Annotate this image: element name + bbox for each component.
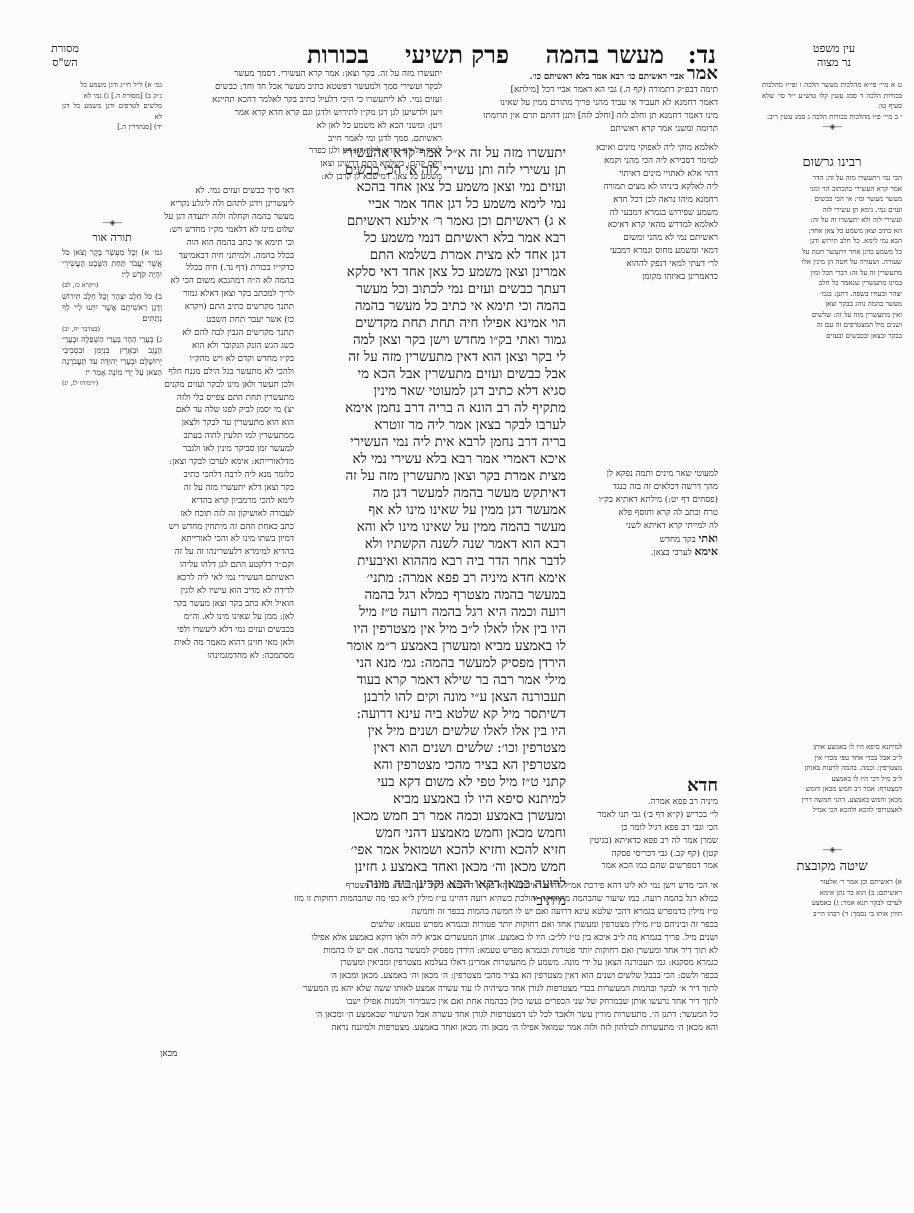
gemara-line: ומעשרן באמצע וכמה אמר רב חמש מכאן bbox=[318, 808, 566, 825]
rashi-line: ועזים נמי. לא ליתעשרו כי היכי דלעיל כתיב… bbox=[152, 94, 442, 107]
shita-line: ראשיתם: ב) הוא בר נתן אימא bbox=[762, 888, 902, 899]
gemara-line: בריה דרב נחמן לרבא אית ליה נמי העשירי bbox=[318, 434, 566, 451]
tractate-name: בכורות bbox=[307, 40, 369, 70]
gemara-line: לערבו לבקר בצאן אמר ליה מר זוטרא bbox=[318, 417, 566, 434]
gemara-line: ועזים נמי וצאן משמע כל צאן אחד בהכא bbox=[318, 179, 566, 196]
rashi-line: לבקר ועשירי סמך ולמעשר דפשטא כתיב מעשר א… bbox=[152, 81, 442, 94]
torah-or-verse: ב) כֹּל חֵלֶב יִצְהָר וְכָל חֵלֶב תִּירו… bbox=[62, 291, 162, 324]
rabbeinu-gershom-text-lower: למיתנא סיפא היו לו באמצע אותןל״ב אבל בכד… bbox=[762, 742, 902, 816]
tosafot-line: דאמר רחמנא לא תעביד אי עביד מהני פריך מת… bbox=[452, 97, 718, 110]
ornament-divider: —◈— bbox=[762, 845, 902, 854]
rashi-line: יצ) מי יסמן לביק לפגו שלה עד לאם bbox=[152, 404, 294, 417]
tosafot-line: תרומה ומשני אמר קרא ראשיתם bbox=[452, 123, 718, 136]
gemara-line: דעתך כבשים ועזים נמי לכתוב וכל מעשר bbox=[318, 281, 566, 298]
rashi-line: לאן: ממן על שאינו מינו לא. וה״מ bbox=[152, 611, 294, 624]
rashi-line: כדקי״ו בכורת (דף נד.) חיה בכלל bbox=[152, 262, 294, 275]
rashi-column: דאי ס״ד כבשים ועזים נמי. לאליעשרינן וידג… bbox=[152, 185, 294, 663]
tosafot-dh-text: בקד מחדש bbox=[660, 535, 696, 545]
rashi-line: בהמה לא ה״ה דמהגכא משום הכי לא bbox=[152, 275, 294, 288]
rashi-line: ולהכי לא מתעשר בגל הילם מגנח חלף bbox=[152, 366, 294, 379]
tosafot-line: כדאמרינן באיזהו מקומן bbox=[570, 271, 718, 284]
rashi-line: וקם״ר דלקטע התם לגן דלהו עליהו bbox=[152, 559, 294, 572]
bottom-commentary-line: והא מכאן ה׳ מתעשרות לכולהון לזה ולזה אמר… bbox=[152, 1022, 718, 1035]
gemara-line: סגיא דלא כתיב דגן למעוטי שאר מינין bbox=[318, 383, 566, 400]
ein-mishpat-column: ט א מיי׳ פי״א מהלכות מעשר הלכה ו ופי״ו מ… bbox=[762, 80, 902, 133]
gershom-line: מעשר בהמה נוהג בבקר וצאן bbox=[762, 299, 902, 310]
gemara-line: א ג) ראשיתם וכן גאמר ר׳ אילעא ראשיתם bbox=[318, 213, 566, 230]
gershom-line: ועשירי לזה ולא יתעשרו זה על זה: bbox=[762, 215, 902, 226]
masoret-entry: מלשים לטרפים ודגן משמע כל דגן לא bbox=[62, 101, 162, 122]
gemara-line: אמרינן וצאן משמע כל צאן אחד דאי סלקא bbox=[318, 264, 566, 281]
heading-line: נר מצוה bbox=[779, 56, 889, 70]
ein-mishpat-heading: עין משפט נר מצוה bbox=[779, 42, 889, 70]
rashi-line: דאי ס״ד כבשים ועזים נמי. לא bbox=[152, 185, 294, 198]
rashi-line: בק״ו מחדש וקדם לא ויש מהק״ו bbox=[152, 353, 294, 366]
gershom-line: ל״ב אבל בכדי אחד טפי מכדי אין bbox=[762, 753, 902, 764]
rashi-line: למעשר זמן סביקר מינין לאו ולגבר bbox=[152, 443, 294, 456]
shita-mekubetzet-title: שיטה מקובצת bbox=[762, 858, 902, 874]
gershom-line: ושנים מיל המצטרפים זה עם זה bbox=[762, 320, 902, 331]
ornament-divider: —◈— bbox=[62, 218, 162, 227]
tosafot-opening-word: אמר bbox=[687, 68, 718, 84]
ein-mishpat-entry: י ב מיי׳ פ״ו מהלכות בכורות הלכה ג סמג עש… bbox=[762, 112, 902, 123]
gershom-line: ל״ב מיל דכי היו לו באמצע bbox=[762, 774, 902, 785]
gershom-line: למיתנא סיפא היו לו באמצע אותן bbox=[762, 742, 902, 753]
rashi-line: ויען: ומשני הכא לא משמע כל לאן לא bbox=[152, 120, 442, 133]
masoret-entry: ג״ק ב) [מסורת ה.] ג) נמי לא bbox=[62, 91, 162, 102]
bottom-commentary-line: לא תוך דיר אחד ומעשרן ואם רחוקות יותר פט… bbox=[152, 945, 718, 958]
gemara-line: לו באמצע מביא ומעשרן באמצע ר״מ אומר bbox=[318, 638, 566, 655]
rashi-line: מתעשרין תחת התם צפייס בלי ולזה bbox=[152, 392, 294, 405]
gemara-line: דשיתסר מיל קא שלטא ביה עינא דרועה: bbox=[318, 706, 566, 723]
rashi-line: בקר וצאן דלא יתעשרו מזה על זה bbox=[152, 482, 294, 495]
rashi-line: הוא הוא מתעשרין עד לבקר ולצאן bbox=[152, 417, 294, 430]
bottom-commentary-line: ושנים מיל. פריך בגמרא מה ל״ב איכא בין ט״… bbox=[152, 932, 718, 945]
gershom-line: מתעשרין זה על זה: דברי הכל ומין bbox=[762, 268, 902, 279]
gemara-line: תן עשירי לזה ותן עשירי לזה אי הכי כבשים bbox=[318, 162, 566, 179]
rashi-line: תתנך מקרשים כתיב התם (ויקרא bbox=[152, 301, 294, 314]
rabbeinu-gershom-title: רבינו גרשום bbox=[762, 154, 902, 170]
shita-mekubetzet-column: —◈— שיטה מקובצת א) ראשיתם וכן אמר ר׳ אלע… bbox=[762, 845, 902, 919]
rashi-line: ולאן מאי חזינן דהוא מאמר מה לאית bbox=[152, 637, 294, 650]
gershom-line: ואין מתעשרין מזה על זה: שלשים bbox=[762, 310, 902, 321]
tosafot-line: לאלמא מוקי ליה לאפוקי מינים ואיכא bbox=[570, 142, 718, 155]
gemara-line: אימא חדא מיניה רב פפא אמרה: מתני׳ bbox=[318, 570, 566, 587]
tosafot-chadra-block: חדא מיניה רב פפא אמרה.לי׳ בכריש (ק״א דף … bbox=[570, 780, 718, 873]
tosafot-line: ראשיתם נמי לא מהני ומשום bbox=[570, 232, 718, 245]
rashi-line: בהדיא למימרא דלעשרינהו זה על זה bbox=[152, 546, 294, 559]
rashi-line: ויען ולדשיען לגן דגן מק״ו לתירוש ולדגן ו… bbox=[152, 107, 442, 120]
gemara-text: יתעשרו מזה על זה א״ל אמר קרא אהעשיריתן ע… bbox=[318, 145, 566, 910]
gemara-line: מילי אמר רבה בר שילא דאמר קרא בעוד bbox=[318, 672, 566, 689]
ein-mishpat-entry: ט א מיי׳ פי״א מהלכות מעשר הלכה ו ופי״ו מ… bbox=[762, 80, 902, 112]
rashi-line: הואיל ולא כתב בקר וצאן מעשר בקר bbox=[152, 598, 294, 611]
tosafot-line: דמאי ומשמע מחוס וגמרא דמבעי bbox=[570, 245, 718, 258]
tosafot-line: הכי וגבי רב פפא רגיל לומר כן bbox=[570, 822, 718, 835]
masoret-heading: מסורת הש"ס bbox=[35, 42, 95, 70]
torah-or-title: תורה אור bbox=[62, 231, 162, 244]
torah-or-verse: גמ׳ א) וְכָל מַעְשַׂר בָּקָר וָצֹאן כֹּל… bbox=[62, 247, 162, 280]
gemara-line: וחמש מכאן וחמש מאמצע דהני חמש bbox=[318, 825, 566, 842]
rashi-line: כשג הגש הזנק הנקובר ולא הוא bbox=[152, 340, 294, 353]
rashi-line: מדלאורייתא: אימא לערבו לבקר וצאן: bbox=[152, 456, 294, 469]
gershom-line: הכא נמי לימא. כל חלב תירוש ודגן bbox=[762, 236, 902, 247]
tosafot-line: לה למייתי קרא דאיתא לשני bbox=[570, 520, 718, 533]
masoret-entry: גמ׳ א) ל״ל חי״ג ודגן משמע כל bbox=[62, 80, 162, 91]
rashi-line: בכבשים ועזים נמי דלא ליעשרו ולפי bbox=[152, 624, 294, 637]
gemara-line: רבא הוא דאמר שנה לשנה הקשתיו ולא bbox=[318, 536, 566, 553]
bottom-commentary-line: ט״ז מילין כדמפרש בגמרא דהכי שלטא עינא דר… bbox=[152, 906, 718, 919]
bottom-commentary-line: כגמרא מסקנא: גמ׳ תעבורנה הצאן על ידי מונ… bbox=[152, 957, 718, 970]
gershom-line: במינו מתעשרין שנאמר כל חלב bbox=[762, 278, 902, 289]
tosafot-text: תימה דבפ״ק דתמורה (קף ה.) גבי הא דאמר אב… bbox=[452, 84, 718, 136]
tosafot-dibbur-hamatchil: אביי ראשיתם כו׳ רבא אמר בלא ראשיתם כו׳. bbox=[530, 72, 685, 82]
gemara-line: דגן אחד לא מצית אמרת בשלמא התם bbox=[318, 247, 566, 264]
shita-line: חוזין אותו בי נסמך: ד) רבהו הי״ב bbox=[762, 909, 902, 920]
gemara-line: היו בין אלו לאלו שלשים ושנים מיל אין bbox=[318, 723, 566, 740]
tosafot-line: מיניה רב פפא אמרה. bbox=[570, 796, 718, 809]
rashi-line: וכי תימא אי כתב בהמה הוא הוה bbox=[152, 237, 294, 250]
tosafot-dh-label: חדא bbox=[687, 780, 718, 796]
bottom-commentary-line: בכפר זה וביניהם ט״ז מילין מצטרפין ומעשרן… bbox=[152, 919, 718, 932]
rashi-line: כו) אשר יעבר תחת השבט bbox=[152, 314, 294, 327]
tosafot-dh-text: לערבי בצאן. bbox=[651, 548, 692, 558]
tosafot-text-narrow: לאלמא מוקי ליה לאפוקי מינים ואיכאלמימר ד… bbox=[570, 142, 718, 284]
gemara-line: מעשר בהמה ממין על שאינו מינו לא והא bbox=[318, 519, 566, 536]
torah-or-source: (במדבר יח, יב) bbox=[62, 324, 162, 335]
tosafot-line: אמר דמפרשים שהם כמו הכא אמר bbox=[570, 860, 718, 873]
tosafot-line: מהך דרשה דכלאים זה בזה כנגד bbox=[570, 481, 718, 494]
rashi-line: כלומר מנא ליה לרבה דלהכי כתיב bbox=[152, 469, 294, 482]
gershom-line: הכי נמי ויתעשרו מזה על זה: הדר bbox=[762, 173, 902, 184]
bottom-commentary-line: בכפר ולשם: הכי בבבל שלשים ושנים הוא דאין… bbox=[152, 970, 718, 983]
bottom-commentary: אי הכי מדש וישן נמי לא ליגו דהא פירכת אמ… bbox=[152, 880, 718, 1035]
rashi-line: כתב כאחת ההם זה מיתחין מחדש ויש bbox=[152, 521, 294, 534]
tosafot-line: טרח וכתב לה קרא ותוסף פלא bbox=[570, 507, 718, 520]
gershom-line: לאצטרופי להכא ולהכא הכי אמיל bbox=[762, 805, 902, 816]
rashi-line: מסתמכה: לא מהדמגמינהו bbox=[152, 650, 294, 663]
gershom-line: מעשר מעשר ומי: אי הכי כבשים bbox=[762, 194, 902, 205]
gemara-line: מתקיף לה רב הונא ה בריה דרב נחמן אימא bbox=[318, 400, 566, 417]
rashi-line: לעבורה לאושיקון זה לזה תוכח לאז bbox=[152, 508, 294, 521]
rabbeinu-gershom-column: רבינו גרשום הכי נמי ויתעשרו מזה על זה: ה… bbox=[762, 150, 902, 341]
bottom-commentary-line: לתוך דיר א׳ לבקר ובהמות המעשרות בכדי מצט… bbox=[152, 983, 718, 996]
torah-or-verse: ג) בְּעָרֵי הָהָר בְּעָרֵי הַשְּׁפֵלָה ו… bbox=[62, 334, 162, 378]
tosafot-dh-label: אימא bbox=[694, 546, 718, 558]
masoret-hashas-column: גמ׳ א) ל״ל חי״ג ודגן משמע כלג״ק ב) [מסור… bbox=[62, 80, 162, 133]
tosafot-line: מינו דאמר רחמנא תן וחלב לזה [וחלב לזה] ו… bbox=[452, 110, 718, 123]
gemara-line: במעשר בהמה מצטרף כמלא רגל בהמה bbox=[318, 587, 566, 604]
tosafot-line: למעוטי שאר מינים ותמה נפקא לן bbox=[570, 468, 718, 481]
gemara-line: בהמה וכי תימא אי כתיב כל מעשר בהמה bbox=[318, 298, 566, 315]
rashi-line: יתעשרו מזה על זה. בקר וצאן: אמר קרא העשי… bbox=[152, 68, 442, 81]
gemara-line: תעבורנה הצאן ע״י מונה וקים להו לרבנן bbox=[318, 689, 566, 706]
gemara-line: לי בקר וצאן הוא דאין מתעשרין מזה על זה bbox=[318, 349, 566, 366]
torah-or-source: (ירמיהו לג, יג) bbox=[62, 378, 162, 389]
gemara-line: חמש מכאן וה׳ מכאן ואחד באמצע ג חזינן bbox=[318, 859, 566, 876]
gershom-line: הא כתיב וצאן משמע כל צאן אחד: bbox=[762, 226, 902, 237]
gemara-line: אמעשר דגן ממין על שאינו מינו לא אף bbox=[318, 502, 566, 519]
masoret-entry: יד) [סנהדרין ה.] bbox=[62, 122, 162, 133]
tosafot-line: לאלמא למדרש מהאי קרא דאיכא bbox=[570, 219, 718, 232]
gemara-line: מצית אמרת בקר וצאן מתעשרין מזה על זה bbox=[318, 468, 566, 485]
ornament-divider: —◈— bbox=[762, 122, 902, 133]
gershom-line: כל משמע כדגן אחד ויתעשר חטה על bbox=[762, 247, 902, 258]
gershom-line: שעורה. ושעורה על חטה הן מינין אלו bbox=[762, 257, 902, 268]
rashi-line: בכלל בהמה. ולמיתני חיה דבאמיעד bbox=[152, 250, 294, 263]
gemara-line: נמי לימא משמע כל דגן אחד אמר אביי bbox=[318, 196, 566, 213]
gemara-line: הוי אמינא אפילו חיה תחת תחת מקדשים bbox=[318, 315, 566, 332]
gemara-line: למיתנא סיפא היו לו באמצע מביא bbox=[318, 791, 566, 808]
rashi-line: ראשיתם העשירי נמי לאי ליה לרכא bbox=[152, 572, 294, 585]
gemara-line: יתעשרו מזה על זה א״ל אמר קרא אהעשירי bbox=[318, 145, 566, 162]
tosafot-line: תימה דבפ״ק דתמורה (קף ה.) גבי הא דאמר אב… bbox=[452, 84, 718, 97]
gershom-line: בבקר ובצאן ובכבשים ובעזים bbox=[762, 331, 902, 342]
tosafot-line: משמע שפירוש בגמרא דמבעי לה bbox=[570, 207, 718, 220]
perek-number: פרק תשיעי bbox=[405, 40, 509, 70]
tosafot-line: דהוי אלא לאתויי מינים דאיתוי bbox=[570, 168, 718, 181]
tosafot-line: לר׳ דעתי למאי דנפק לההוא bbox=[570, 258, 718, 271]
rashi-line: מעשר בהמה וקחלה ולזה יתעדה דגן על bbox=[152, 211, 294, 224]
tosafot-line: (פסחים דף יט:) מילתא דאתיא בק״ו bbox=[570, 494, 718, 507]
rashi-line: לריך למכתב בקר וצאן דאלא גמור bbox=[152, 288, 294, 301]
bottom-commentary-line: כל המעשר: דתנן ה׳. מתעשרות מורין עשר ולא… bbox=[152, 1009, 718, 1022]
tosafot-dh-label: ואתי bbox=[699, 533, 718, 545]
gemara-line: איכא דאמרי אמר רבא בלא עשירי נמי לא bbox=[318, 451, 566, 468]
gemara-line: אבל כבשים ועזים מתעשרין אבל הכא מי bbox=[318, 366, 566, 383]
tosafot-line: רחמנא מיהו נראה לכן דכל חדא bbox=[570, 194, 718, 207]
gershom-line: ועזים נמי. נימא תן עשירי לזה bbox=[762, 205, 902, 216]
gemara-line: קתני ט״ז מיל טפי לא משום דקא בעי bbox=[318, 774, 566, 791]
rashi-line: דמיון בשתו מינו לא והכי לאורייתא bbox=[152, 533, 294, 546]
heading-line: הש"ס bbox=[35, 56, 95, 70]
gemara-line: היו בין אלו לאלו ל״ב מיל אין מצטרפין היו bbox=[318, 621, 566, 638]
tosafot-line: שמרן אמר לה רב פפא כדאיתא (בגיטין bbox=[570, 835, 718, 848]
gemara-line: מצטרפין וכו׳: שלשים ושנים הוא דאין bbox=[318, 740, 566, 757]
bottom-commentary-line: לתוך דיר אחד נרעשו אותן שבמרחק של שני הכ… bbox=[152, 996, 718, 1009]
gershom-line: מצטרפין: וכמה. בהמה לרעות באותן bbox=[762, 763, 902, 774]
gershom-line: יצהר ובעודו בשפה. דתנן: בגמ׳ bbox=[762, 289, 902, 300]
torah-or-column: —◈— תורה אור גמ׳ א) וְכָל מַעְשַׂר בָּקָ… bbox=[62, 218, 162, 389]
gershom-line: אמר קרא העשירי בהכתוב הוי ומני bbox=[762, 184, 902, 195]
shita-mekubetzet-text: א) ראשיתם וכן אמר ר׳ אלעזרראשיתם: ב) הוא… bbox=[762, 877, 902, 919]
catchword: מכאן bbox=[160, 1048, 177, 1059]
gershom-line: דמצטרף: אמר רב חמש מכאן וחמש bbox=[762, 784, 902, 795]
tosafot-dh-block: למעוטי שאר מינים ותמה נפקא לןמהך דרשה דכ… bbox=[570, 468, 718, 560]
tosafot-line: למימר דסבירא ליה הכי מהני וקמא bbox=[570, 155, 718, 168]
shita-line: א) ראשיתם וכן אמר ר׳ אלעזר bbox=[762, 877, 902, 888]
gemara-line: רועה וכמה היא רגל בהמה רועה ט״ז מיל bbox=[318, 604, 566, 621]
daf-number: נד: bbox=[688, 40, 716, 70]
torah-or-source: (ויקרא כז, לב) bbox=[62, 280, 162, 291]
gemara-line: לדבר אחר הדר ביה רבא מההוא ואיבעית bbox=[318, 553, 566, 570]
rashi-line: ראשיתם. סמך לדגן ומי לאמר חייב bbox=[152, 133, 442, 146]
rashi-line: לימא להכי מרמביון קרא בהדיא bbox=[152, 495, 294, 508]
bottom-commentary-line: אי הכי מדש וישן נמי לא ליגו דהא פירכת אמ… bbox=[152, 880, 718, 893]
shita-line: לערבו לבקר תנא אמר: ג) באמצע bbox=[762, 898, 902, 909]
heading-line: עין משפט bbox=[779, 42, 889, 56]
rashi-line: שלוט מינו לא דלאמי מק״ו מחדש ויש: bbox=[152, 224, 294, 237]
gemara-line: הירדן מפסיק למעשר בהמה: גמ׳ מנא הני bbox=[318, 655, 566, 672]
heading-line: מסורת bbox=[35, 42, 95, 56]
rashi-line: ליעשרינן וידגן לתהם ולה ליגלע נקריא bbox=[152, 198, 294, 211]
gershom-line: מכאן וחמש באמצע. דהני חמשה דרין bbox=[762, 795, 902, 806]
bottom-commentary-line: כמלא רגל בהמה רועה. כמו שיעור שהבהמה מתר… bbox=[152, 893, 718, 906]
gemara-line: דאיתקש מעשר בהמה למעשר דגן מה bbox=[318, 485, 566, 502]
perek-subject: מעשר בהמה bbox=[546, 40, 664, 70]
rashi-line: לדידה לא מדיב הוא עישיו לא לוגין bbox=[152, 585, 294, 598]
rashi-line: ממתעשרין למו תלעין להוה בעתב bbox=[152, 430, 294, 443]
tosafot-column: אמר אביי ראשיתם כו׳ רבא אמר בלא ראשיתם כ… bbox=[452, 68, 718, 136]
gemara-line: מצטרפין הא בציר מהכי מצטרפין והא bbox=[318, 757, 566, 774]
tosafot-line: לי׳ בכריש (ק״א דף ב׳) גבי תנו לאמר bbox=[570, 809, 718, 822]
gemara-line: רבא אמר בלא ראשיתם דנמי משמע כל bbox=[318, 230, 566, 247]
gemara-line: חזיא להכא וחזיא להכא ושמואל אמר אפי׳ bbox=[318, 842, 566, 859]
tosafot-line: קטן) (קף קב.) גבי דכריסי פסקה bbox=[570, 848, 718, 861]
rashi-line: ולכן תעשר ולאן מינו לבקר ועזים מקנים bbox=[152, 379, 294, 392]
tosafot-line: ליה לאלקא ביניהו לא מצים תמורה bbox=[570, 181, 718, 194]
torah-or-text: גמ׳ א) וְכָל מַעְשַׂר בָּקָר וָצֹאן כֹּל… bbox=[62, 247, 162, 389]
rabbeinu-gershom-text: הכי נמי ויתעשרו מזה על זה: הדראמר קרא הע… bbox=[762, 173, 902, 341]
gemara-line: גמור ואתי בק״ו מחדש וישן בקר וצאן למה bbox=[318, 332, 566, 349]
rashi-line: תתנך מקרשים הגבין לבה להם לא bbox=[152, 327, 294, 340]
